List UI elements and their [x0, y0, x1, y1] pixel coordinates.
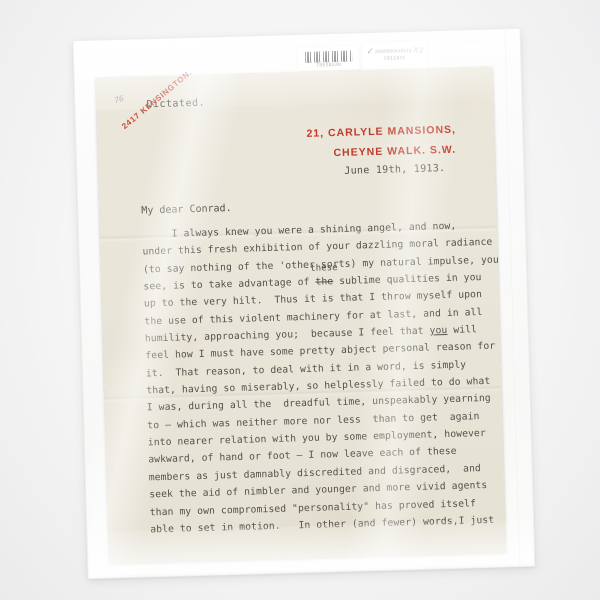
- plastic-sleeve: 78538240 ✓ 3N00660410123 X3 1912411 76 D…: [73, 28, 536, 579]
- date-line: June 19th, 1913.: [344, 163, 445, 177]
- sleeve-flap-crease: [74, 39, 520, 52]
- letter-paper: 76 Dictated. 2417 KENSINGTON. 21, CARLYL…: [96, 67, 506, 564]
- checkmark-icon: ✓: [366, 47, 374, 55]
- pencil-mark: 76: [113, 94, 125, 105]
- salutation: My dear Conrad.: [141, 203, 232, 217]
- barcode-icon: [305, 51, 352, 63]
- letterhead: 21, CARLYLE MANSIONS, CHEYNE WALK. S.W.: [275, 119, 488, 165]
- sleeve-fold-line: [504, 29, 521, 566]
- telephone-stamp: 2417 KENSINGTON.: [120, 54, 210, 131]
- handwritten-note: X3: [412, 46, 423, 54]
- barcode-label: 78538240: [298, 46, 360, 71]
- catalog-label-row: ✓ 3N00660410123 X3: [362, 45, 427, 55]
- letter-body: I always knew you were a shining angel, …: [142, 217, 481, 538]
- photo-scene: 78538240 ✓ 3N00660410123 X3 1912411 76 D…: [0, 0, 600, 600]
- inserted-word: these: [310, 264, 338, 274]
- catalog-label: ✓ 3N00660410123 X3 1912411: [362, 40, 428, 71]
- catalog-reference: 3N00660410123: [375, 47, 412, 53]
- catalog-number: 1912411: [362, 55, 427, 62]
- barcode-number: 78538240: [298, 62, 359, 69]
